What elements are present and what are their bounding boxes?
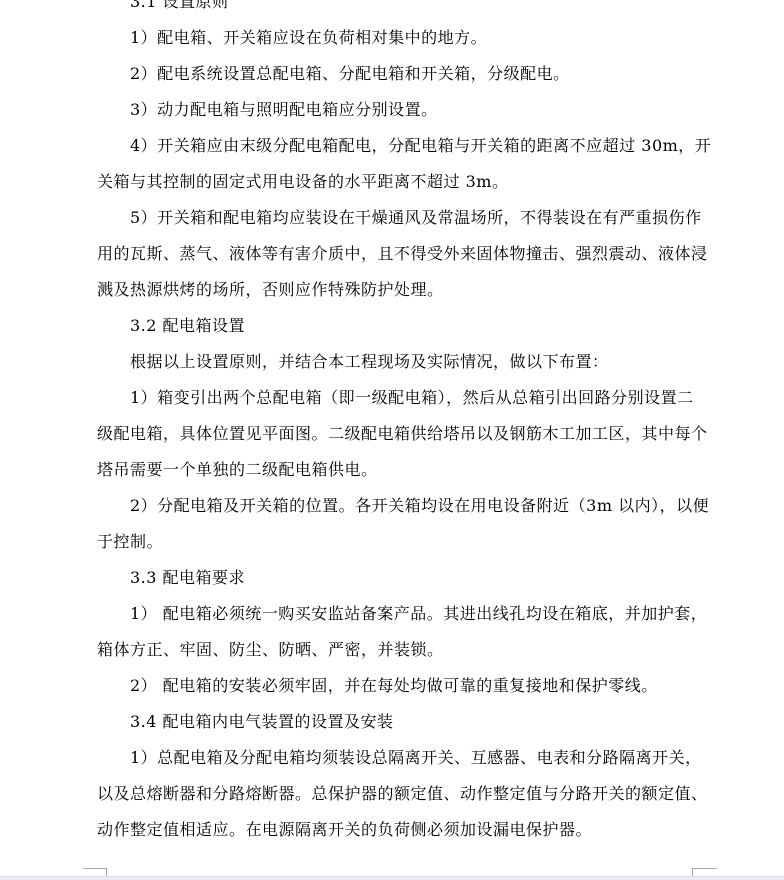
doc-line: 3）动力配电箱与照明配电箱应分别设置。: [97, 92, 737, 128]
doc-line: 根据以上设置原则，并结合本工程现场及实际情况，做以下布置：: [97, 344, 737, 380]
section-heading: 3.4 配电箱内电气装置的设置及安装: [97, 704, 737, 740]
page-break-gap: [0, 876, 784, 880]
doc-line: 1）总配电箱及分配电箱均须装设总隔离开关、互感器、电表和分路隔离开关，: [97, 740, 737, 776]
document-page: 3.1 设置原则 1）配电箱、开关箱应设在负荷相对集中的地方。 2）配电系统设置…: [0, 0, 784, 880]
doc-line: 溅及热源烘烤的场所，否则应作特殊防护处理。: [97, 272, 737, 308]
doc-line: 塔吊需要一个单独的二级配电箱供电。: [97, 452, 737, 488]
doc-line: 箱体方正、牢固、防尘、防晒、严密，并装锁。: [97, 632, 737, 668]
section-heading: 3.3 配电箱要求: [97, 560, 737, 596]
doc-line: 动作整定值相适应。在电源隔离开关的负荷侧必须加设漏电保护器。: [97, 812, 737, 848]
doc-line: 2）分配电箱及开关箱的位置。各开关箱均设在用电设备附近（3m 以内），以便: [97, 488, 737, 524]
doc-line: 关箱与其控制的固定式用电设备的水平距离不超过 3m。: [97, 164, 737, 200]
doc-line: 2） 配电箱的安装必须牢固，并在每处均做可靠的重复接地和保护零线。: [97, 668, 737, 704]
doc-line: 1）配电箱、开关箱应设在负荷相对集中的地方。: [97, 20, 737, 56]
doc-line: 以及总熔断器和分路熔断器。总保护器的额定值、动作整定值与分路开关的额定值、: [97, 776, 737, 812]
doc-line: 4）开关箱应由末级分配电箱配电，分配电箱与开关箱的距离不应超过 30m，开: [97, 128, 737, 164]
doc-line: 1） 配电箱必须统一购买安监站备案产品。其进出线孔均设在箱底，并加护套，: [97, 596, 737, 632]
section-heading: 3.1 设置原则: [97, 0, 737, 20]
doc-line: 级配电箱，具体位置见平面图。二级配电箱供给塔吊以及钢筋木工加工区，其中每个: [97, 416, 737, 452]
doc-line: 用的瓦斯、蒸气、液体等有害介质中，且不得受外来固体物撞击、强烈震动、液体浸: [97, 236, 737, 272]
doc-line: 5）开关箱和配电箱均应装设在干燥通风及常温场所，不得装设在有严重损伤作: [97, 200, 737, 236]
section-heading: 3.2 配电箱设置: [97, 308, 737, 344]
doc-line: 2）配电系统设置总配电箱、分配电箱和开关箱，分级配电。: [97, 56, 737, 92]
doc-line: 于控制。: [97, 524, 737, 560]
doc-line: 1）箱变引出两个总配电箱（即一级配电箱），然后从总箱引出回路分别设置二: [97, 380, 737, 416]
document-text-block: 3.1 设置原则 1）配电箱、开关箱应设在负荷相对集中的地方。 2）配电系统设置…: [97, 0, 737, 848]
